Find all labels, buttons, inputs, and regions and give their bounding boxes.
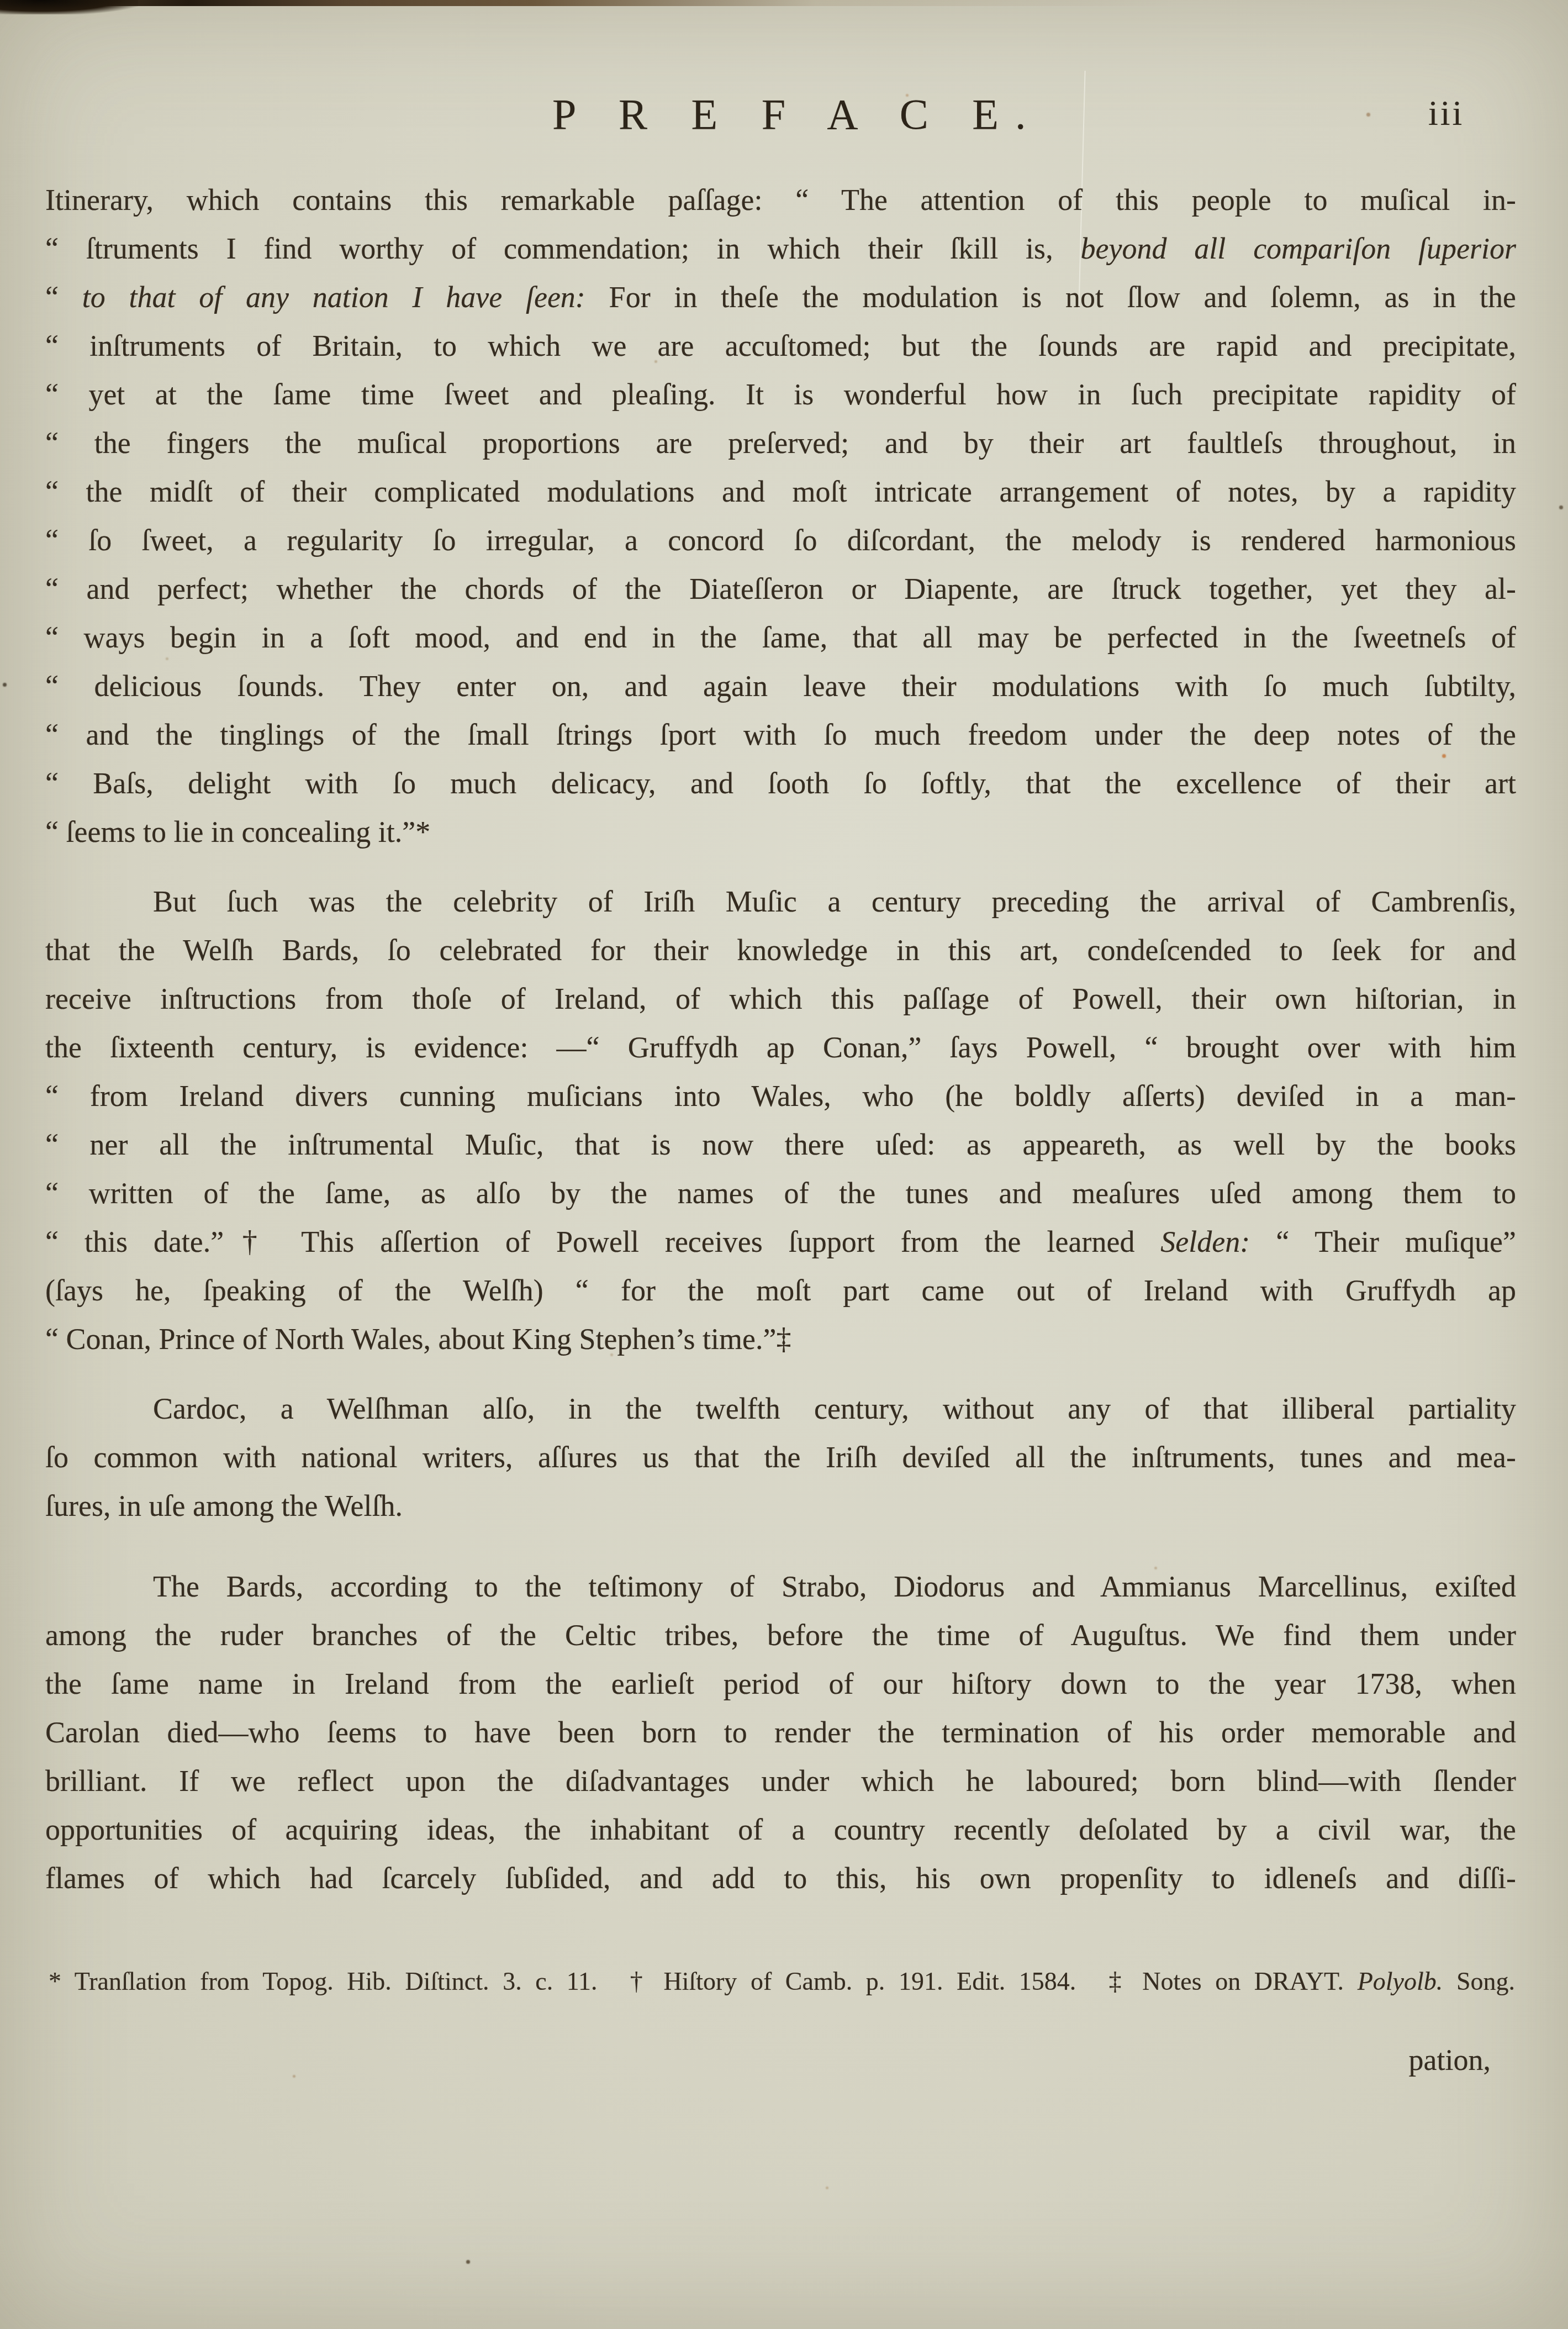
- text-line: the ſixteenth century, is evidence: —“ G…: [45, 1023, 1516, 1072]
- text-segment: “ written of the ſame, as alſo by the na…: [45, 1177, 1516, 1210]
- text-segment: “ inſtruments of Britain, to which we ar…: [45, 329, 1516, 362]
- text-line: “ and perfect; whether the chords of the…: [45, 565, 1516, 613]
- catchword: pation,: [1409, 2043, 1491, 2077]
- text-line: Cardoc, a Welſhman alſo, in the twelfth …: [45, 1384, 1516, 1433]
- text-line: “ yet at the ſame time ſweet and pleaſin…: [45, 370, 1516, 419]
- text-segment: “ ways begin in a ſoft mood, and end in …: [45, 621, 1516, 654]
- text-line: “ ſtruments I find worthy of commendatio…: [45, 224, 1516, 273]
- text-line: ſures, in uſe among the Welſh.: [45, 1482, 1516, 1530]
- text-line: Itinerary, which contains this remarkabl…: [45, 176, 1516, 224]
- text-line: ſo common with national writers, aſſures…: [45, 1433, 1516, 1482]
- text-line: that the Welſh Bards, ſo celebrated for …: [45, 926, 1516, 974]
- text-segment: among the ruder branches of the Celtic t…: [45, 1619, 1516, 1652]
- text-line: “ the fingers the muſical proportions ar…: [45, 419, 1516, 467]
- page-number: iii: [1428, 93, 1464, 134]
- text-line: “ Baſs, delight with ſo much delicacy, a…: [45, 759, 1516, 808]
- footnote: * Tranſlation from Topog. Hib. Diſtinct.…: [49, 1964, 1515, 1999]
- text-line: “ ner all the inſtrumental Muſic, that i…: [45, 1120, 1516, 1169]
- text-segment: “ Conan, Prince of North Wales, about Ki…: [45, 1322, 791, 1356]
- scan-edge-blob: [0, 0, 138, 14]
- paper-specks: [0, 0, 3, 3]
- italic-text: Selden:: [1160, 1225, 1250, 1258]
- page-title: P R E F A C E.: [552, 89, 1042, 139]
- text-segment: Itinerary, which contains this remarkabl…: [45, 183, 1516, 217]
- text-segment: “ ſo ſweet, a regularity ſo irregular, a…: [45, 524, 1516, 557]
- text-segment: ſures, in uſe among the Welſh.: [45, 1489, 403, 1522]
- text-segment: opportunities of acquiring ideas, the in…: [45, 1813, 1516, 1846]
- text-segment: The Bards, according to the teſtimony of…: [153, 1570, 1516, 1603]
- text-line: receive inſtructions from thoſe of Irela…: [45, 974, 1516, 1023]
- italic-text: Polyolb.: [1358, 1967, 1443, 1995]
- text-line: “ the midſt of their complicated modulat…: [45, 467, 1516, 516]
- italic-text: beyond all compariſon ſuperior: [1081, 232, 1517, 265]
- text-line: “ Conan, Prince of North Wales, about Ki…: [45, 1315, 1516, 1363]
- scanned-book-page: { "page": { "title": "P R E F A C E.", "…: [0, 0, 1568, 2329]
- text-line: the ſame name in Ireland from the earlie…: [45, 1659, 1516, 1708]
- paragraph: But ſuch was the celebrity of Iriſh Muſi…: [45, 877, 1516, 1363]
- text-line: Carolan died—who ſeems to have been born…: [45, 1708, 1516, 1757]
- text-segment: “: [45, 281, 82, 314]
- text-line: “ and the tinglings of the ſmall ſtrings…: [45, 710, 1516, 759]
- text-segment: “ ner all the inſtrumental Muſic, that i…: [45, 1128, 1516, 1161]
- text-segment: “ from Ireland divers cunning muſicians …: [45, 1079, 1516, 1113]
- text-segment: receive inſtructions from thoſe of Irela…: [45, 982, 1516, 1015]
- paragraph: Cardoc, a Welſhman alſo, in the twelfth …: [45, 1384, 1516, 1530]
- body-text: Itinerary, which contains this remarkabl…: [45, 176, 1516, 1924]
- text-segment: “ Their muſique”: [1250, 1225, 1516, 1258]
- text-segment: “ delicious ſounds. They enter on, and a…: [45, 670, 1516, 703]
- text-segment: “ the midſt of their complicated modulat…: [45, 475, 1516, 508]
- text-line: (ſays he, ſpeaking of the Welſh) “ for t…: [45, 1266, 1516, 1315]
- text-line: “ ways begin in a ſoft mood, and end in …: [45, 613, 1516, 662]
- text-segment: “ ſeems to lie in concealing it.”*: [45, 815, 430, 849]
- text-segment: that the Welſh Bards, ſo celebrated for …: [45, 934, 1516, 967]
- text-line: “ inſtruments of Britain, to which we ar…: [45, 322, 1516, 370]
- text-line: “ ſo ſweet, a regularity ſo irregular, a…: [45, 516, 1516, 565]
- text-segment: But ſuch was the celebrity of Iriſh Muſi…: [153, 885, 1516, 918]
- text-segment: † Hiſtory of Camb. p. 191. Edit. 1584.: [598, 1967, 1076, 1995]
- text-line: “ this date.”† This aſſertion of Powell …: [45, 1218, 1516, 1266]
- text-segment: “ this date.”† This aſſertion of Powell …: [45, 1225, 1160, 1258]
- text-segment: Song.: [1443, 1967, 1515, 1995]
- text-segment: ‡ Notes on DRAYT.: [1076, 1967, 1357, 1995]
- text-segment: brilliant. If we reflect upon the diſadv…: [45, 1764, 1516, 1798]
- text-segment: “ and perfect; whether the chords of the…: [45, 572, 1516, 605]
- text-line: “ written of the ſame, as alſo by the na…: [45, 1169, 1516, 1218]
- text-segment: ſo common with national writers, aſſures…: [45, 1441, 1516, 1474]
- text-segment: Cardoc, a Welſhman alſo, in the twelfth …: [153, 1392, 1516, 1425]
- text-line: The Bards, according to the teſtimony of…: [45, 1562, 1516, 1611]
- paragraph: Itinerary, which contains this remarkabl…: [45, 176, 1516, 856]
- text-segment: “ the fingers the muſical proportions ar…: [45, 426, 1516, 460]
- text-segment: * Tranſlation from Topog. Hib. Diſtinct.…: [49, 1967, 598, 1995]
- text-segment: For in theſe the modulation is not ſlow …: [585, 281, 1516, 314]
- text-line: “ ſeems to lie in concealing it.”*: [45, 808, 1516, 856]
- paragraph: The Bards, according to the teſtimony of…: [45, 1562, 1516, 1903]
- text-segment: “ Baſs, delight with ſo much delicacy, a…: [45, 767, 1516, 800]
- text-segment: (ſays he, ſpeaking of the Welſh) “ for t…: [45, 1274, 1516, 1307]
- text-segment: “ ſtruments I find worthy of commendatio…: [45, 232, 1081, 265]
- text-line: “ delicious ſounds. They enter on, and a…: [45, 662, 1516, 710]
- text-segment: the ſame name in Ireland from the earlie…: [45, 1667, 1516, 1700]
- text-line: brilliant. If we reflect upon the diſadv…: [45, 1757, 1516, 1805]
- text-line: “ from Ireland divers cunning muſicians …: [45, 1072, 1516, 1120]
- scan-edge-strip: [0, 0, 1568, 6]
- text-line: “ to that of any nation I have ſeen: For…: [45, 273, 1516, 322]
- text-line: opportunities of acquiring ideas, the in…: [45, 1805, 1516, 1854]
- text-segment: “ and the tinglings of the ſmall ſtrings…: [45, 718, 1516, 751]
- text-segment: Carolan died—who ſeems to have been born…: [45, 1716, 1516, 1749]
- text-segment: the ſixteenth century, is evidence: —“ G…: [45, 1031, 1516, 1064]
- text-line: flames of which had ſcarcely ſubſided, a…: [45, 1854, 1516, 1903]
- text-line: But ſuch was the celebrity of Iriſh Muſi…: [45, 877, 1516, 926]
- text-segment: “ yet at the ſame time ſweet and pleaſin…: [45, 378, 1516, 411]
- italic-text: to that of any nation I have ſeen:: [82, 281, 585, 314]
- text-line: among the ruder branches of the Celtic t…: [45, 1611, 1516, 1659]
- text-segment: flames of which had ſcarcely ſubſided, a…: [45, 1862, 1516, 1895]
